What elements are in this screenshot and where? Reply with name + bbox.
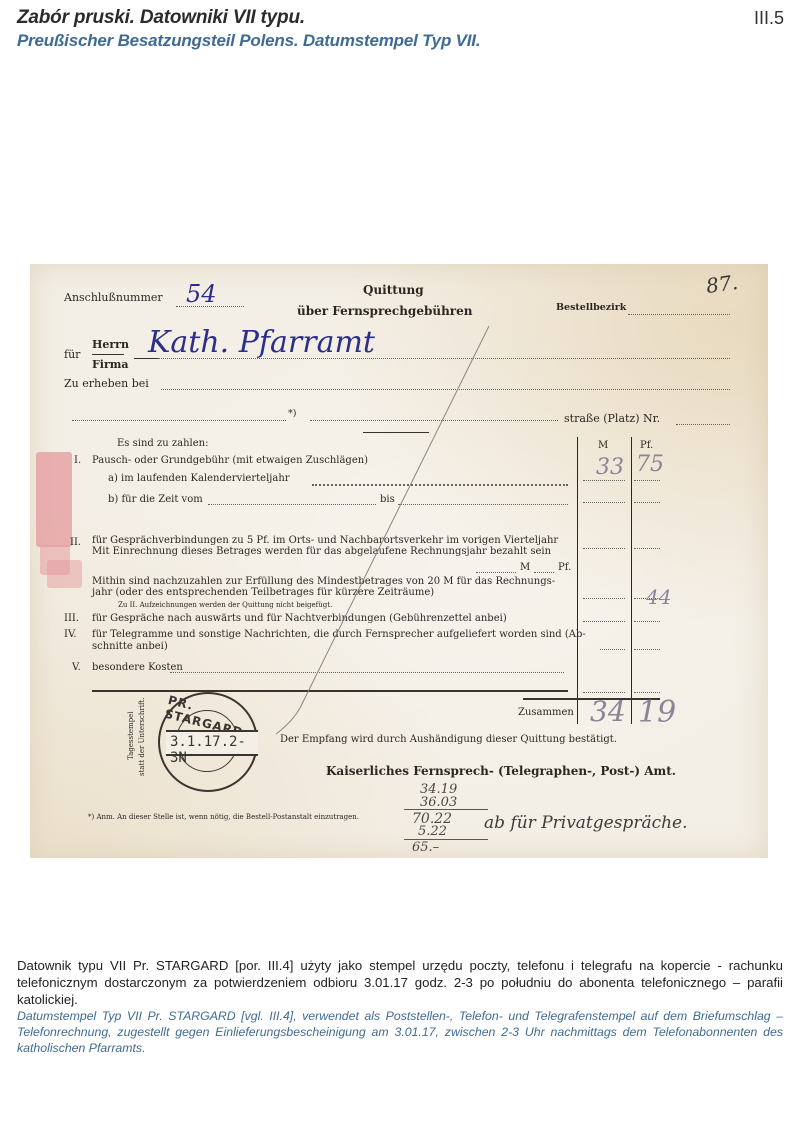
stamp-side-label-2: statt der Unterschrift.: [138, 697, 146, 776]
office-text: Kaiserliches Fernsprech- (Telegraphen-, …: [326, 764, 676, 778]
receipt-text: Der Empfang wird durch Aushändigung dies…: [280, 734, 617, 745]
stamp-date: 3.1.17.2-3N: [170, 734, 258, 766]
calc-line-4: 5.22: [418, 824, 447, 839]
caption-polish: Datownik typu VII Pr. STARGARD [por. III…: [17, 957, 783, 1008]
stamp-side-label-1: Tagesstempel: [127, 711, 135, 760]
calc-line-5: 65.–: [412, 840, 439, 855]
calc-note: ab für Privatgespräche.: [484, 813, 688, 833]
footnote-text: *) Anm. An dieser Stelle ist, wenn nötig…: [88, 813, 359, 821]
postmark-stamp: PR. STARGARD 3.1.17.2-3N: [158, 692, 258, 792]
caption-german: Datumstempel Typ VII Pr. STARGARD [vgl. …: [17, 1008, 783, 1056]
calc-line-2: 36.03: [420, 795, 457, 810]
